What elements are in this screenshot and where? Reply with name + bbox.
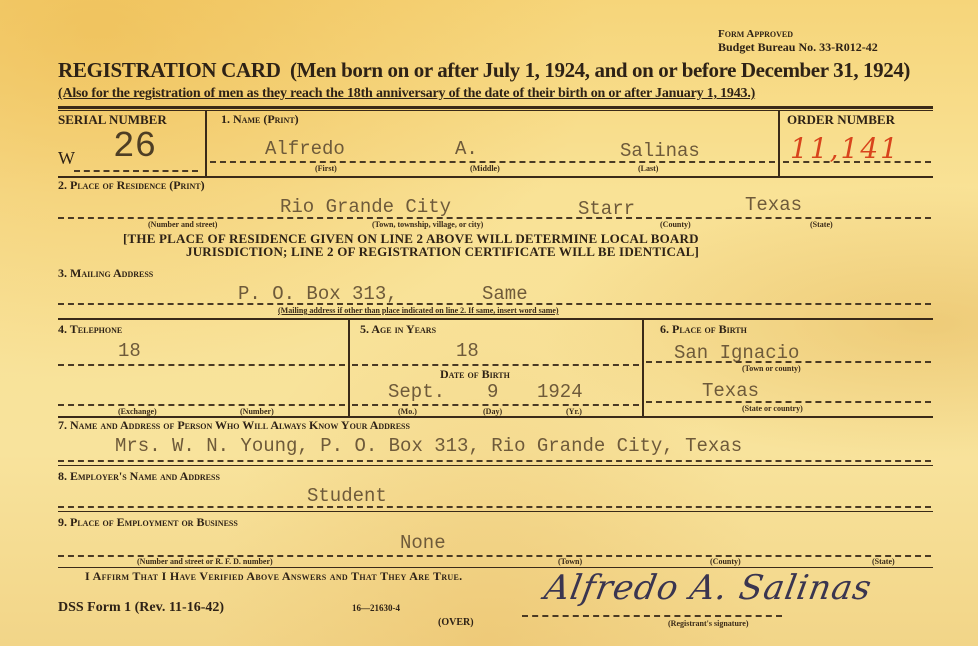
age-value: 18: [456, 340, 479, 362]
street-caption: (Number and street): [148, 220, 217, 229]
employer-value: Student: [307, 485, 387, 507]
form-approved: Form Approved: [718, 28, 793, 40]
birthplace-label: 6. Place of Birth: [660, 322, 747, 337]
telephone-value: 18: [118, 340, 141, 362]
name-middle: A.: [455, 138, 478, 160]
town-caption: (Town, township, village, or city): [372, 220, 483, 229]
employment-street-caption: (Number and street or R. F. D. number): [137, 557, 273, 566]
dob-day: 9: [487, 381, 498, 403]
telephone-label: 4. Telephone: [58, 322, 122, 337]
employer-label: 8. Employer's Name and Address: [58, 469, 220, 484]
over-label: (OVER): [438, 617, 474, 628]
name-first: Alfredo: [265, 138, 345, 160]
county-caption: (County): [660, 220, 691, 229]
residence-notice-2: JURISDICTION; LINE 2 OF REGISTRATION CER…: [186, 244, 699, 260]
card-title: REGISTRATION CARD: [58, 58, 281, 83]
employment-label: 9. Place of Employment or Business: [58, 515, 238, 530]
mailing-caption: (Mailing address if other than place ind…: [278, 306, 559, 315]
year-caption: (Yr.): [566, 407, 582, 416]
residence-label: 2. Place of Residence (Print): [58, 178, 205, 193]
print-code: 16—21630-4: [352, 603, 400, 613]
registrant-signature: Alfredo A. Salinas: [541, 568, 875, 608]
name-label: 1. Name (Print): [221, 112, 299, 127]
budget-bureau-number: Budget Bureau No. 33-R012-42: [718, 40, 878, 55]
contact-value: Mrs. W. N. Young, P. O. Box 313, Rio Gra…: [115, 435, 742, 457]
residence-state: Texas: [745, 194, 802, 216]
employment-town-caption: (Town): [558, 557, 582, 566]
number-caption: (Number): [240, 407, 274, 416]
dob-label: Date of Birth: [440, 367, 510, 382]
dob-year: 1924: [537, 381, 583, 403]
mailing-label: 3. Mailing Address: [58, 266, 153, 281]
birthplace-state: Texas: [702, 380, 759, 402]
serial-number-value: 26: [113, 126, 156, 167]
state-caption: (State): [810, 220, 833, 229]
month-caption: (Mo.): [398, 407, 417, 416]
name-last: Salinas: [620, 140, 700, 162]
middle-caption: (Middle): [470, 164, 500, 173]
first-caption: (First): [315, 164, 337, 173]
residence-town: Rio Grande City: [280, 196, 451, 218]
birthplace-town-caption: (Town or county): [742, 364, 801, 373]
employment-state-caption: (State): [872, 557, 895, 566]
exchange-caption: (Exchange): [118, 407, 157, 416]
dob-month: Sept.: [388, 381, 445, 403]
title-qualifier: (Men born on or after July 1, 1924, and …: [290, 58, 910, 83]
employment-value: None: [400, 532, 446, 554]
card-subtitle: (Also for the registration of men as the…: [58, 86, 755, 102]
form-id: DSS Form 1 (Rev. 11-16-42): [58, 600, 224, 616]
birthplace-state-caption: (State or country): [742, 404, 803, 413]
employment-county-caption: (County): [710, 557, 741, 566]
affirmation-text: I Affirm That I Have Verified Above Answ…: [85, 569, 462, 584]
order-number-label: ORDER NUMBER: [787, 112, 895, 128]
mailing-value: P. O. Box 313,: [238, 283, 398, 305]
day-caption: (Day): [483, 407, 502, 416]
mailing-value-same: Same: [482, 283, 528, 305]
age-label: 5. Age in Years: [360, 322, 436, 337]
last-caption: (Last): [638, 164, 658, 173]
serial-prefix: W: [58, 148, 75, 169]
registration-card: Form Approved Budget Bureau No. 33-R012-…: [0, 0, 978, 646]
signature-caption: (Registrant's signature): [668, 619, 749, 628]
contact-label: 7. Name and Address of Person Who Will A…: [58, 418, 410, 433]
